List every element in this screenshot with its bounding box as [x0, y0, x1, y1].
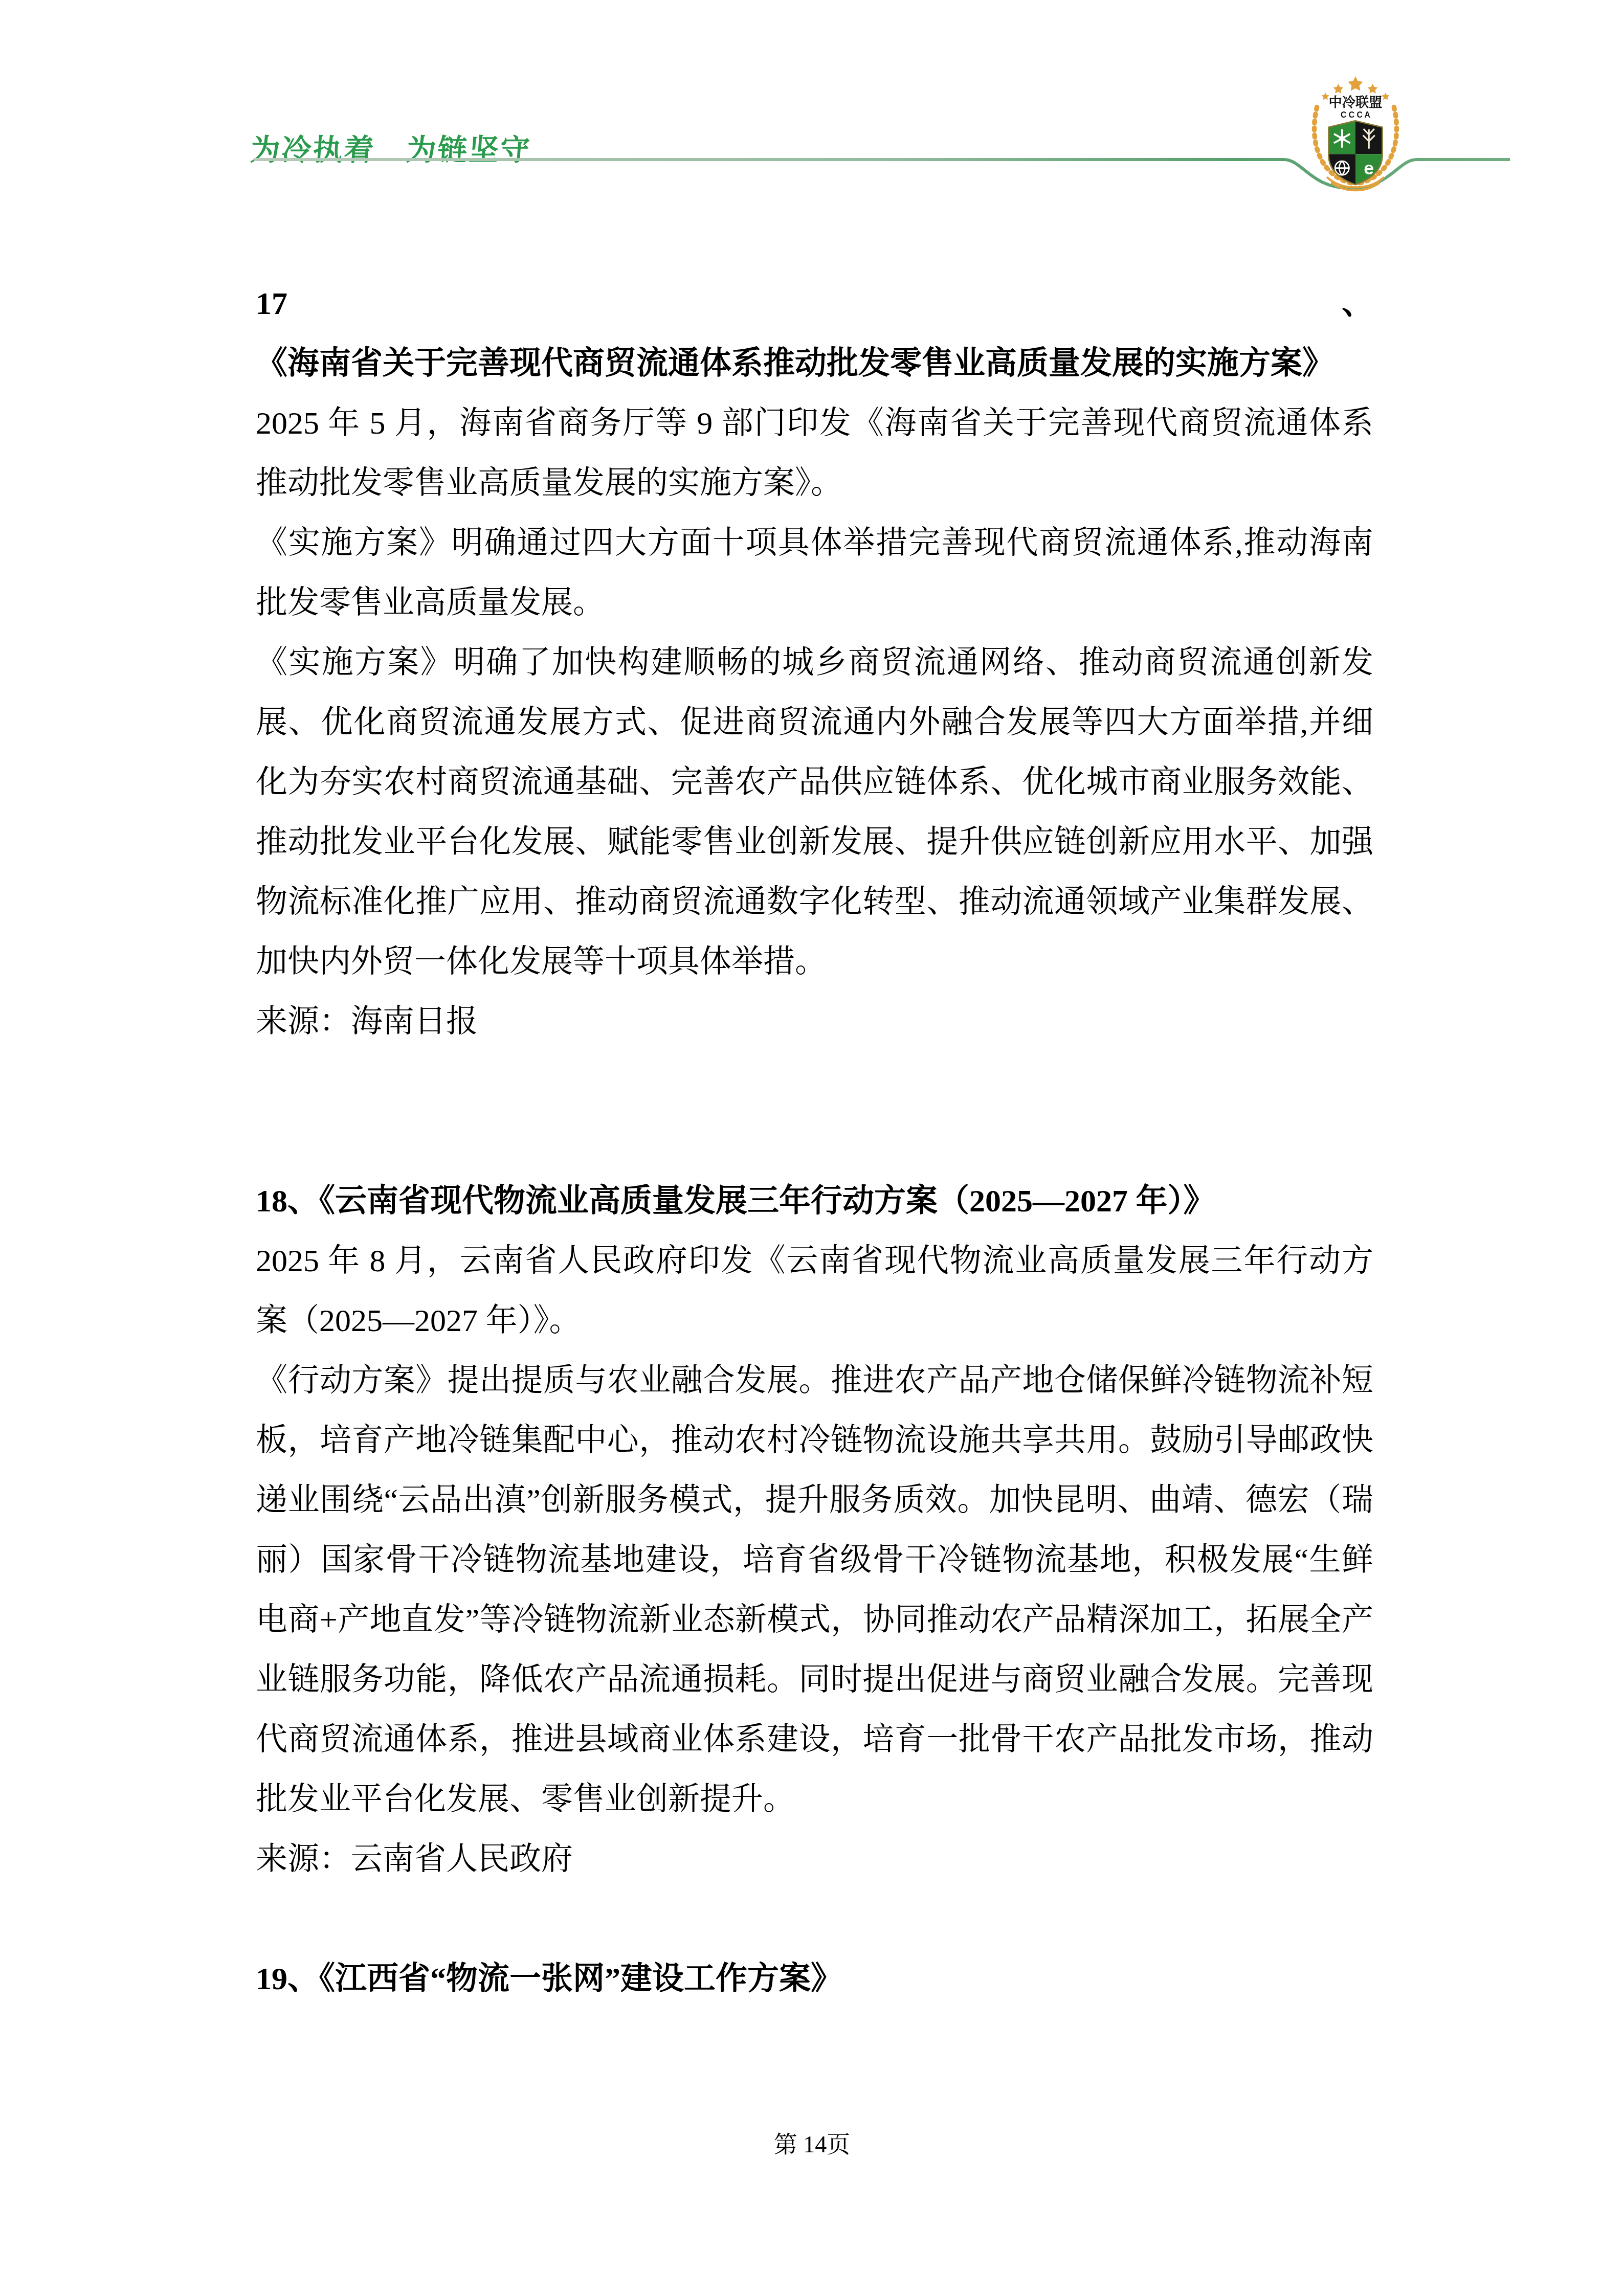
- section-18-heading: 18、《云南省现代物流业高质量发展三年行动方案（2025—2027 年）》: [256, 1172, 1373, 1231]
- source-line: 来源：云南省人民政府: [256, 1830, 1373, 1889]
- document-body: 17、《海南省关于完善现代商贸流通体系推动批发零售业高质量发展的实施方案》 20…: [256, 274, 1373, 2009]
- page-number: 第 14页: [774, 2131, 851, 2157]
- section-number: 19、: [256, 1962, 319, 1996]
- section-18: 18、《云南省现代物流业高质量发展三年行动方案（2025—2027 年）》 20…: [256, 1172, 1373, 1889]
- section-title: 《江西省“物流一张网”建设工作方案》: [319, 1962, 842, 1996]
- paragraph: 《实施方案》明确通过四大方面十项具体举措完善现代商贸流通体系,推动海南批发零售业…: [256, 513, 1373, 633]
- section-17: 17、《海南省关于完善现代商贸流通体系推动批发零售业高质量发展的实施方案》 20…: [256, 274, 1373, 1052]
- document-page: 为冷执着 为链坚守: [0, 0, 1624, 2296]
- section-number: 17、: [256, 286, 1373, 321]
- paragraph: 2025 年 8 月，云南省人民政府印发《云南省现代物流业高质量发展三年行动方案…: [256, 1231, 1373, 1351]
- section-19: 19、《江西省“物流一张网”建设工作方案》: [256, 1949, 1373, 2009]
- logo-cn-text: 中冷联盟: [1329, 95, 1383, 110]
- paragraph: 《实施方案》明确了加快构建顺畅的城乡商贸流通网络、推动商贸流通创新发展、优化商贸…: [256, 633, 1373, 992]
- source-line: 来源：海南日报: [256, 992, 1373, 1052]
- section-19-heading: 19、《江西省“物流一张网”建设工作方案》: [256, 1949, 1373, 2009]
- ccca-logo-icon: 中冷联盟 C C C A: [1302, 76, 1409, 194]
- logo-en-text: C C C A: [1341, 111, 1370, 120]
- section-number: 18、: [256, 1184, 319, 1219]
- paragraph: 《行动方案》提出提质与农业融合发展。推进农产品产地仓储保鲜冷链物流补短板，培育产…: [256, 1351, 1373, 1830]
- section-title: 《云南省现代物流业高质量发展三年行动方案（2025—2027 年）》: [319, 1184, 1215, 1219]
- section-17-heading: 17、《海南省关于完善现代商贸流通体系推动批发零售业高质量发展的实施方案》: [256, 274, 1373, 394]
- paragraph: 2025 年 5 月，海南省商务厅等 9 部门印发《海南省关于完善现代商贸流通体…: [256, 394, 1373, 513]
- page-footer: 第 14页: [0, 2131, 1624, 2158]
- section-title: 《海南省关于完善现代商贸流通体系推动批发零售业高质量发展的实施方案》: [256, 346, 1334, 381]
